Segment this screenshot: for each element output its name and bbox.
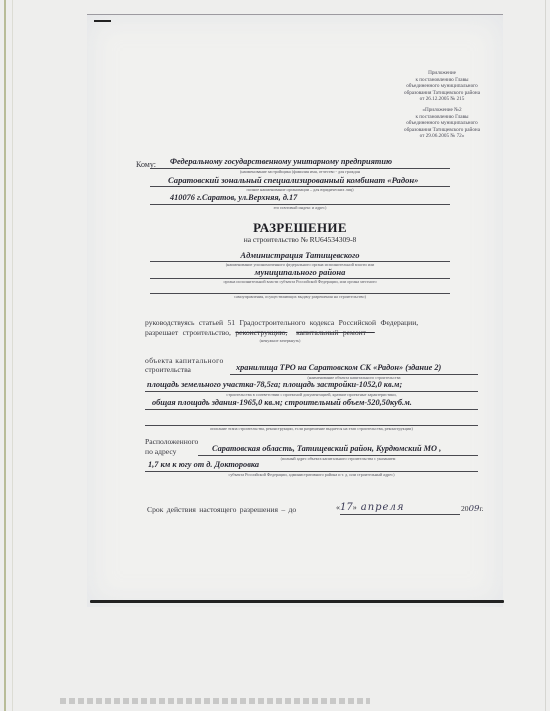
body-line-1: руководствуясь статьей 51 Градостроитель… bbox=[145, 318, 418, 327]
object-caption-2: строительства в соответствии с проектной… bbox=[145, 392, 478, 397]
scan-edge-left bbox=[4, 0, 6, 711]
recipient-line-1: Федеральному государственному унитарному… bbox=[170, 157, 392, 166]
object-label-1: объекта капитального bbox=[145, 356, 224, 365]
permit-title: РАЗРЕШЕНИЕ bbox=[150, 220, 450, 236]
validity-label: Срок действия настоящего разрешения – до bbox=[147, 505, 296, 514]
object-line-2: площадь земельного участка-78,5га; площа… bbox=[147, 380, 402, 389]
issuer-caption-2: органа исполнительной власти субъекта Ро… bbox=[150, 279, 450, 284]
object-label-2: строительства bbox=[145, 365, 191, 374]
validity-underline bbox=[340, 514, 460, 515]
sheet-bottom-edge bbox=[90, 600, 504, 603]
recipient-line-3: 410076 г.Саратов, ул.Верхняя, д.17 bbox=[170, 193, 297, 202]
object-line-3: общая площадь здания-1965,0 кв.м; строит… bbox=[152, 398, 412, 407]
object-caption-3: описание этапа строительства, реконструк… bbox=[145, 426, 478, 431]
scan-edge-right bbox=[545, 0, 546, 711]
recipient-caption-2: полное наименование организации – для юр… bbox=[150, 187, 450, 192]
location-line-2: 1,7 км к югу от д. Докторовка bbox=[148, 460, 259, 469]
body-caption: (ненужное зачеркнуть) bbox=[240, 338, 320, 343]
object-underline-3 bbox=[145, 409, 478, 410]
recipient-caption-3: его почтовый индекс и адрес) bbox=[150, 205, 450, 210]
location-caption-2: субъекта Российской Федерации, администр… bbox=[145, 472, 478, 477]
object-name: хранилища ТРО на Саратовском СК «Радон» … bbox=[236, 363, 441, 372]
faint-bleedthrough-text bbox=[60, 698, 370, 704]
issuer-caption-3: самоуправления, осуществляющих выдачу ра… bbox=[150, 294, 450, 299]
top-corner-mark bbox=[94, 20, 111, 22]
validity-day: 17 bbox=[340, 502, 353, 513]
location-label-2: по адресу bbox=[145, 447, 176, 456]
permit-number: на строительство № RU64534309-8 bbox=[150, 235, 450, 244]
body-line-2: разрешает строительство, реконструкцию, … bbox=[145, 328, 375, 337]
validity-date: «17» апреля bbox=[336, 502, 404, 513]
annex-2: «Приложение №2 к постановлению Главы объ… bbox=[372, 107, 512, 140]
validity-year: 2009г. bbox=[461, 504, 484, 514]
location-label-1: Расположенного bbox=[145, 437, 198, 446]
struck-capital-repair: капитальный ремонт bbox=[296, 328, 366, 337]
validity-month: апреля bbox=[361, 502, 405, 513]
issuer-line-1: Администрация Татищевского bbox=[150, 250, 450, 260]
struck-reconstruction: реконструкцию, bbox=[235, 328, 287, 337]
scan-edge-left-inner bbox=[12, 0, 13, 711]
recipient-caption-1: (наименование застройщика (фамилия имя, … bbox=[150, 169, 450, 174]
location-line-1: Саратовская область, Татищевский район, … bbox=[212, 444, 441, 453]
recipient-line-2: Саратовский зональный специализированный… bbox=[168, 175, 418, 185]
issuer-line-2: муниципального района bbox=[150, 267, 450, 277]
annex-1: Приложение к постановлению Главы объедин… bbox=[372, 70, 512, 103]
